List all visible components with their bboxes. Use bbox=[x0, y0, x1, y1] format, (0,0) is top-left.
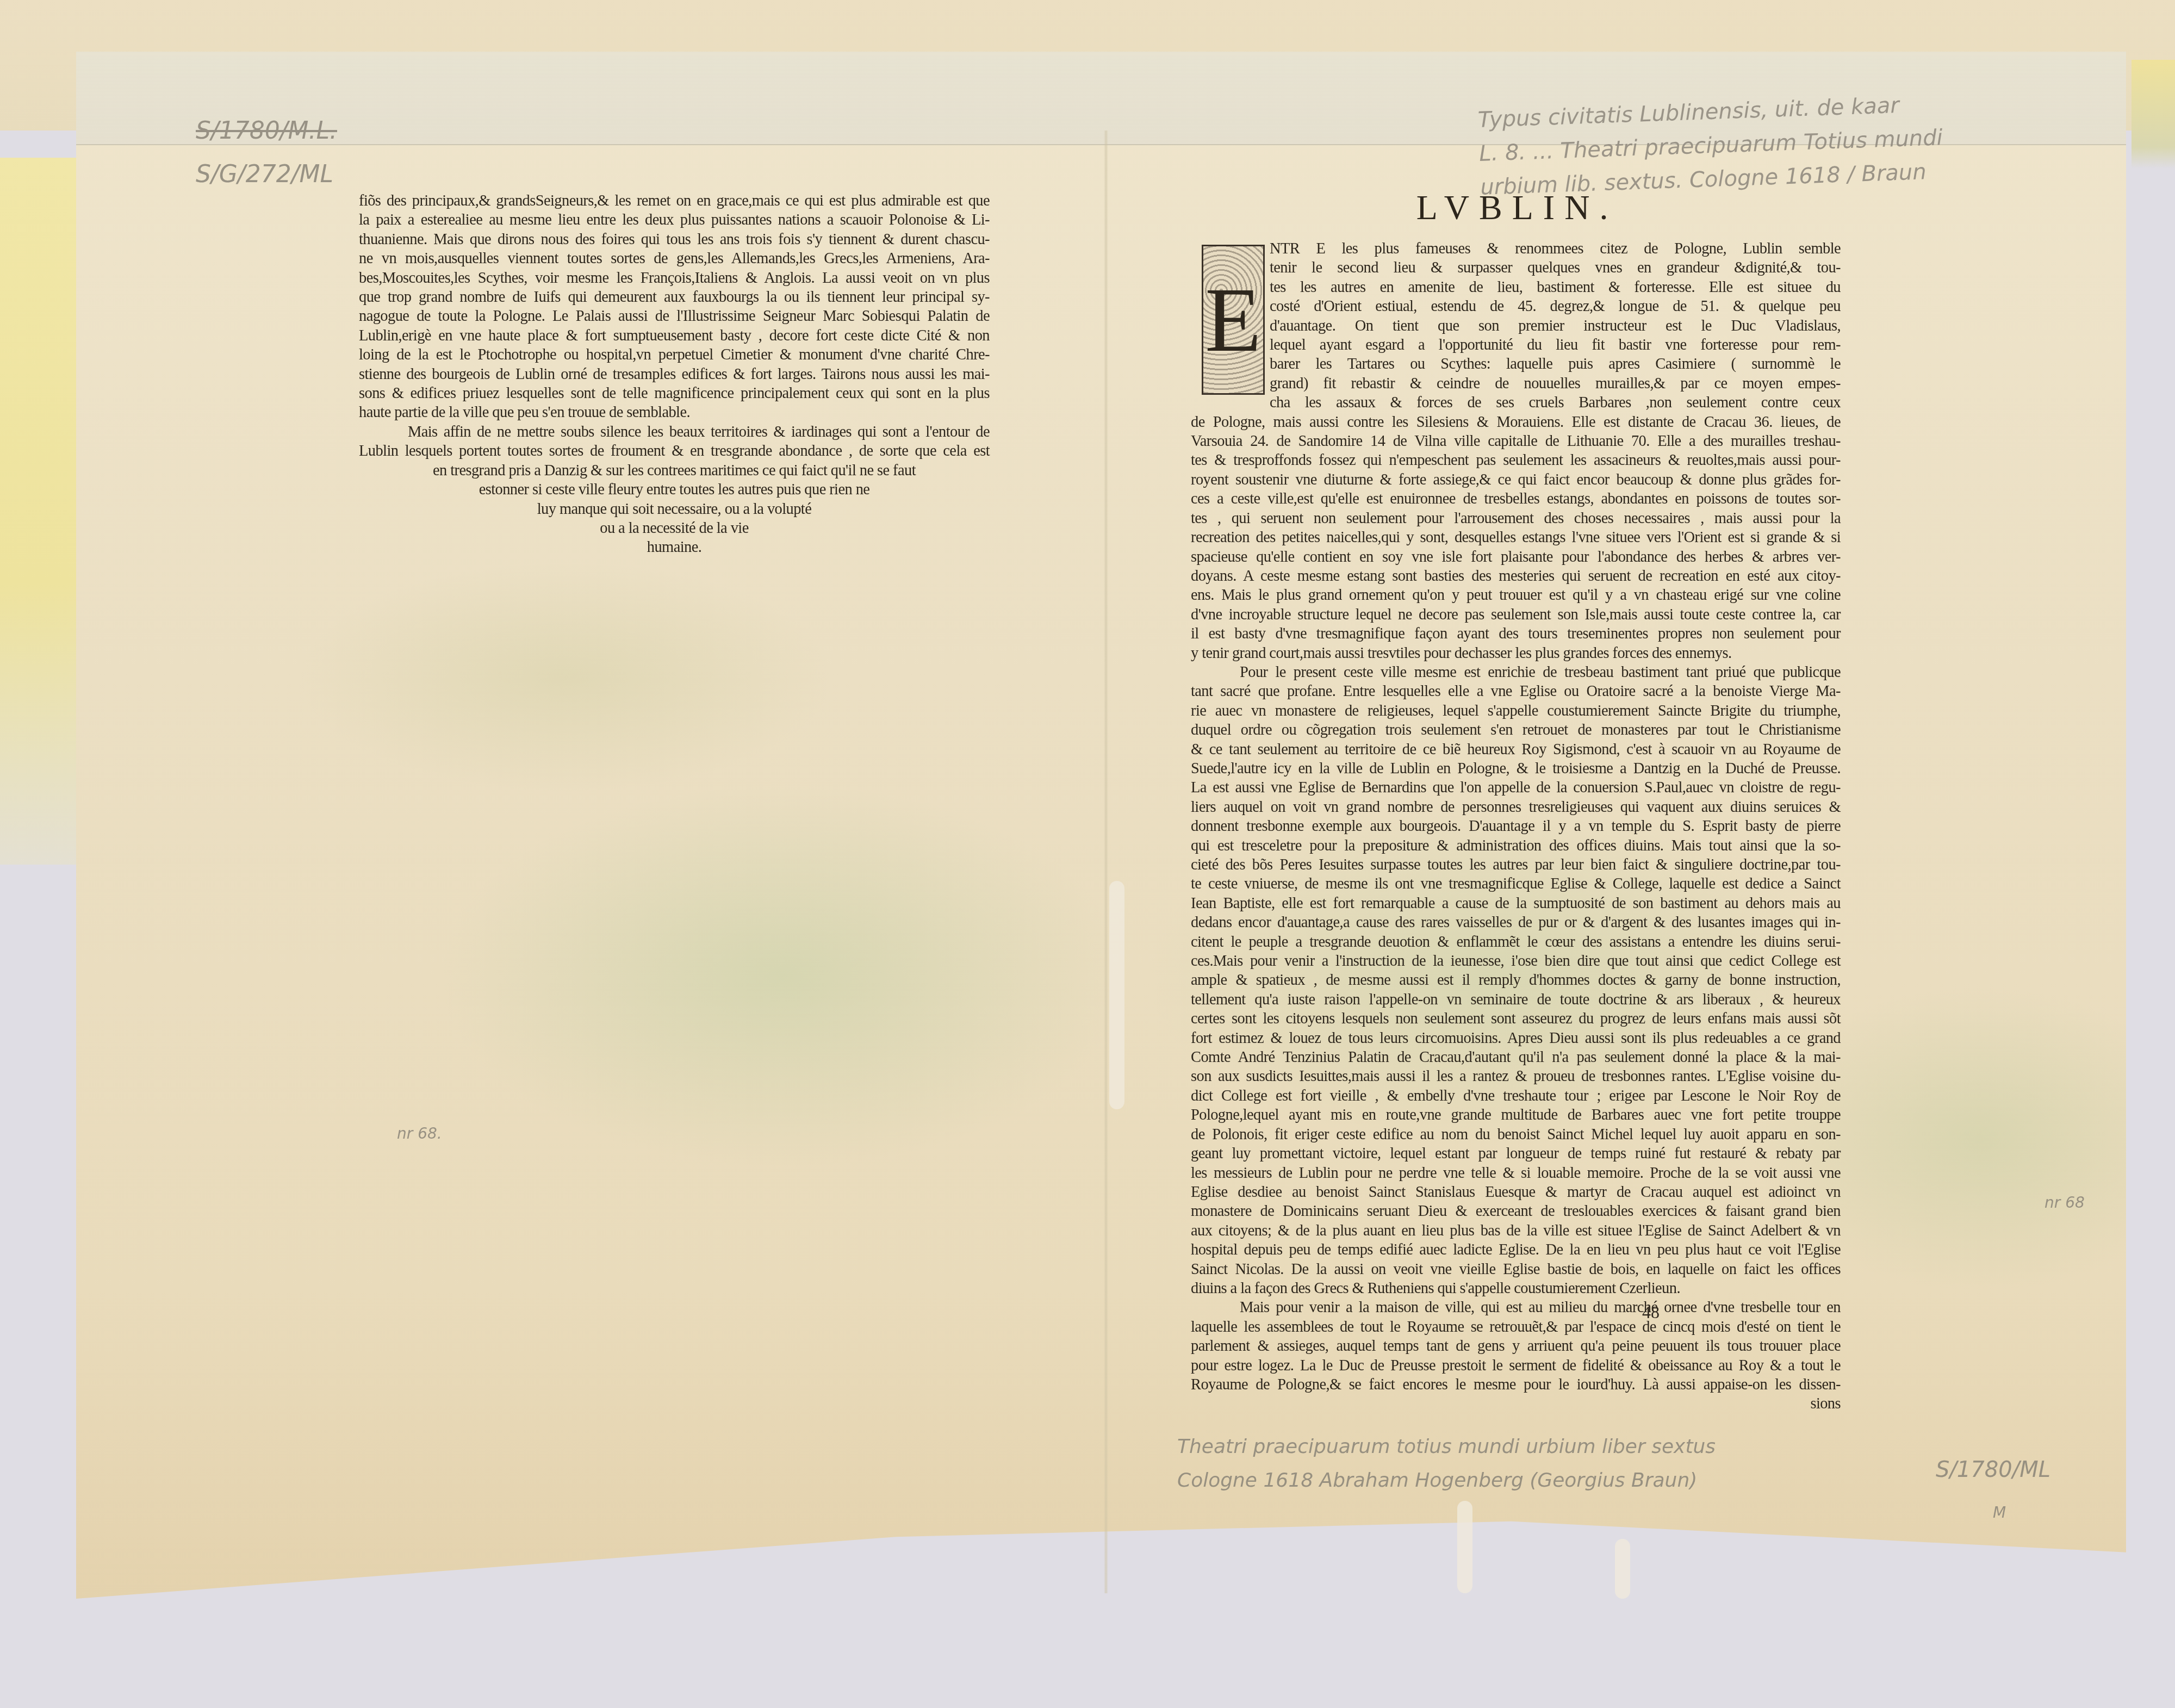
shelfmark-old-text: S/1780/M.L. bbox=[196, 117, 337, 145]
right-paragraph-3: Mais pour venir a la maison de ville, qu… bbox=[1191, 1298, 1841, 1394]
text-line: diuins a la façon des Grecs & Rutheniens… bbox=[1191, 1279, 1841, 1298]
shelfmark-old: S/1780/M.L. bbox=[196, 117, 337, 145]
text-line: Suede,l'autre icy en la ville de Lublin … bbox=[1191, 759, 1841, 778]
left-paragraph-1: fiõs des principaux,& grandsSeigneurs,& … bbox=[359, 191, 990, 423]
page-number: 48 bbox=[1642, 1302, 1660, 1322]
text-line: royent soustenir vne diuturne & forte as… bbox=[1191, 470, 1841, 489]
text-line: Lublin,erigè en vne haute place & fort s… bbox=[359, 326, 990, 345]
text-line: en tresgrand pris a Danzig & sur les con… bbox=[359, 461, 990, 480]
text-line: haute partie de la ville que peu s'en tr… bbox=[359, 403, 990, 422]
text-line: tes & tresproffonds fossez qui n'empesch… bbox=[1191, 451, 1841, 470]
text-line: donnent tresbonne exemple aux bourgeois.… bbox=[1191, 817, 1841, 836]
text-line: tenir le second lieu & surpasser quelque… bbox=[1270, 258, 1841, 277]
text-line: te ceste vniuerse, de mesme ils ont vne … bbox=[1191, 874, 1841, 893]
text-line: grand) fit rebastir & ceindre de nouuell… bbox=[1270, 374, 1841, 393]
text-line: NTR E les plus fameuses & renommees cite… bbox=[1270, 239, 1841, 258]
yellow-tab-left bbox=[0, 158, 82, 865]
text-line: certes sont les citoyens lesquels non se… bbox=[1191, 1009, 1841, 1028]
text-line: humaine. bbox=[359, 538, 990, 557]
text-line: tant sacré que profane. Entre lesquelles… bbox=[1191, 682, 1841, 701]
water-stain bbox=[1615, 1539, 1630, 1599]
text-line: Lublin lesquels portent toutes sortes de… bbox=[359, 442, 990, 461]
text-line: parlement & assieges, auquel temps tant … bbox=[1191, 1337, 1841, 1356]
text-line: ces.Mais pour venir a l'instruction de l… bbox=[1191, 952, 1841, 971]
text-line: tellement qu'a iuste raison l'appelle-on… bbox=[1191, 990, 1841, 1009]
text-line: ne vn mois,ausquelles viennent toutes so… bbox=[359, 249, 990, 268]
text-line: Comte André Tenzinius Palatin de Cracau,… bbox=[1191, 1048, 1841, 1067]
text-line: les messieurs de Lublin pour ne perdre v… bbox=[1191, 1164, 1841, 1183]
text-line: geant luy promettant victoire, lequel es… bbox=[1191, 1144, 1841, 1163]
text-line: stienne des bourgeois de Lublin orné de … bbox=[359, 365, 990, 384]
text-line: tes les autres en amenite de lieu, basti… bbox=[1270, 278, 1841, 297]
text-line: citent le peuple a tresgrande deuotion &… bbox=[1191, 933, 1841, 952]
left-paragraph-2: Mais affin de ne mettre soubs silence le… bbox=[359, 423, 990, 461]
text-line: qui est tresceletre pour la prepositure … bbox=[1191, 836, 1841, 855]
text-line: liers auquel on voit vn grand nombre de … bbox=[1191, 798, 1841, 817]
water-stain bbox=[1457, 1501, 1472, 1593]
text-line: cha les assaux & forces de ses cruels Ba… bbox=[1270, 393, 1841, 412]
text-line: de Pologne, mais aussi contre les Silesi… bbox=[1191, 413, 1841, 432]
left-tail-centered: en tresgrand pris a Danzig & sur les con… bbox=[359, 461, 990, 557]
text-line: tes , qui seruent non seulement pour l'a… bbox=[1191, 509, 1841, 528]
text-line: ou a la necessité de la vie bbox=[359, 519, 990, 538]
text-line: spacieuse qu'elle contient en soy vne is… bbox=[1191, 548, 1841, 567]
center-fold bbox=[1104, 131, 1108, 1593]
text-line: sons & edifices priuez lesquelles sont d… bbox=[359, 384, 990, 403]
text-line: fort estimez & louez de tous leurs circo… bbox=[1191, 1029, 1841, 1048]
pencil-number-right: nr 68 bbox=[2044, 1194, 2085, 1212]
text-line: bes,Moscouites,les Scythes, voir mesme l… bbox=[359, 269, 990, 288]
text-line: que trop grand nombre de Iuifs qui demeu… bbox=[359, 288, 990, 307]
right-text-column: NTR E les plus fameuses & renommees cite… bbox=[1191, 239, 1841, 1414]
pencil-line: Theatri praecipuarum totius mundi urbium… bbox=[1177, 1430, 1716, 1464]
text-line: y tenir grand court,mais aussi tresvtile… bbox=[1191, 644, 1841, 663]
text-line: ens. Mais le plus grand ornement qu'on y… bbox=[1191, 586, 1841, 605]
text-line: aux citoyens; & de la plus auant en lieu… bbox=[1191, 1221, 1841, 1240]
shelfmark-new: S/G/272/ML bbox=[196, 160, 333, 188]
text-line: rie auec vn monastere de religieuses, le… bbox=[1191, 701, 1841, 721]
right-paragraph-2: Pour le present ceste ville mesme est en… bbox=[1191, 663, 1841, 1298]
text-line: fiõs des principaux,& grandsSeigneurs,& … bbox=[359, 191, 990, 210]
text-line: pour estre logez. La le Duc de Preusse p… bbox=[1191, 1356, 1841, 1375]
text-line: luy manque qui soit necessaire, ou a la … bbox=[359, 500, 990, 519]
right-paragraph-1: de Pologne, mais aussi contre les Silesi… bbox=[1191, 413, 1841, 663]
text-line: hospital depuis peu de temps edifié auec… bbox=[1191, 1240, 1841, 1259]
text-line: ces a ceste ville,est qu'elle est enuiro… bbox=[1191, 489, 1841, 508]
water-stain bbox=[1109, 881, 1124, 1109]
text-line: d'vne incroyable structure lequel ne dec… bbox=[1191, 605, 1841, 624]
text-line: loing de la est le Ptochotrophe ou hospi… bbox=[359, 345, 990, 364]
text-line: son aux susdicts Iesuittes,mais aussi il… bbox=[1191, 1067, 1841, 1086]
text-line: monastere de Dominicains seruant Dieu & … bbox=[1191, 1202, 1841, 1221]
text-line: doyans. A ceste mesme estang sont bastie… bbox=[1191, 567, 1841, 586]
text-line: Varsouia 24. de Sandomire 14 de Vilna vi… bbox=[1191, 432, 1841, 451]
text-line: nagogue de toute la Pologne. Le Palais a… bbox=[359, 307, 990, 326]
text-line: Iean Baptiste, elle est fort remarquable… bbox=[1191, 894, 1841, 913]
text-line: & ce tant seulement au territoire de ce … bbox=[1191, 740, 1841, 759]
text-line: dict College est fort vieille , & embell… bbox=[1191, 1086, 1841, 1105]
text-line: Mais pour venir a la maison de ville, qu… bbox=[1191, 1298, 1841, 1317]
text-line: Royaume de Pologne,& se faict encores le… bbox=[1191, 1375, 1841, 1394]
text-line: laquelle les assemblees de tout le Royau… bbox=[1191, 1318, 1841, 1337]
text-line: cieté des bõs Peres Iesuites surpasse to… bbox=[1191, 855, 1841, 874]
text-line: lequel ayant esgard a l'opportunité du l… bbox=[1270, 336, 1841, 355]
text-line: barer les Tartares ou Scythes: laquelle … bbox=[1270, 355, 1841, 374]
pencil-note-top-right: Typus civitatis Lublinensis, uit. de kaa… bbox=[1477, 87, 1944, 204]
text-line: de Polonois, fit eriger ceste edifice au… bbox=[1191, 1125, 1841, 1144]
text-line: estonner si ceste ville fleury entre tou… bbox=[359, 480, 990, 499]
catchword: sions bbox=[1191, 1394, 1841, 1413]
text-line: dedans encor d'auantage,a cause des rare… bbox=[1191, 913, 1841, 932]
text-line: recreation des petites naicelles,qui y s… bbox=[1191, 528, 1841, 547]
shelfmark-bottom: S/1780/ML bbox=[1936, 1457, 2050, 1482]
text-line: ample & spatieux , de mesme aussi est il… bbox=[1191, 971, 1841, 990]
text-line: costé d'Orient estiual, estendu de 45. d… bbox=[1270, 297, 1841, 316]
yellow-tab-right bbox=[2131, 60, 2175, 169]
text-line: il est basty d'vne tresmagnifique façon … bbox=[1191, 624, 1841, 643]
text-line: Mais affin de ne mettre soubs silence le… bbox=[359, 423, 990, 442]
pencil-mark-bottom: M bbox=[1993, 1504, 2006, 1521]
text-line: d'auantage. On tient que son premier ins… bbox=[1270, 316, 1841, 336]
text-line: La est aussi vne Eglise de Bernardins qu… bbox=[1191, 778, 1841, 797]
intro-lines: NTR E les plus fameuses & renommees cite… bbox=[1270, 239, 1841, 413]
text-line: duquel ordre ou cõgregation trois seulem… bbox=[1191, 721, 1841, 740]
pencil-note-bottom: Theatri praecipuarum totius mundi urbium… bbox=[1177, 1430, 1716, 1498]
text-line: la paix a esterealiee au mesme lieu entr… bbox=[359, 210, 990, 229]
left-text-column: fiõs des principaux,& grandsSeigneurs,& … bbox=[359, 191, 990, 557]
text-line: Eglise desdiee au benoist Sainct Stanisl… bbox=[1191, 1183, 1841, 1202]
text-line: Sainct Nicolas. De la aussi on veoit vne… bbox=[1191, 1260, 1841, 1279]
pencil-number-left: nr 68. bbox=[397, 1125, 442, 1142]
text-line: Pologne,lequel ayant mis en route,vne gr… bbox=[1191, 1105, 1841, 1125]
text-line: thuanienne. Mais que dirons nous des foi… bbox=[359, 230, 990, 249]
pencil-line: Cologne 1618 Abraham Hogenberg (Georgius… bbox=[1177, 1464, 1716, 1498]
text-line: Pour le present ceste ville mesme est en… bbox=[1191, 663, 1841, 682]
